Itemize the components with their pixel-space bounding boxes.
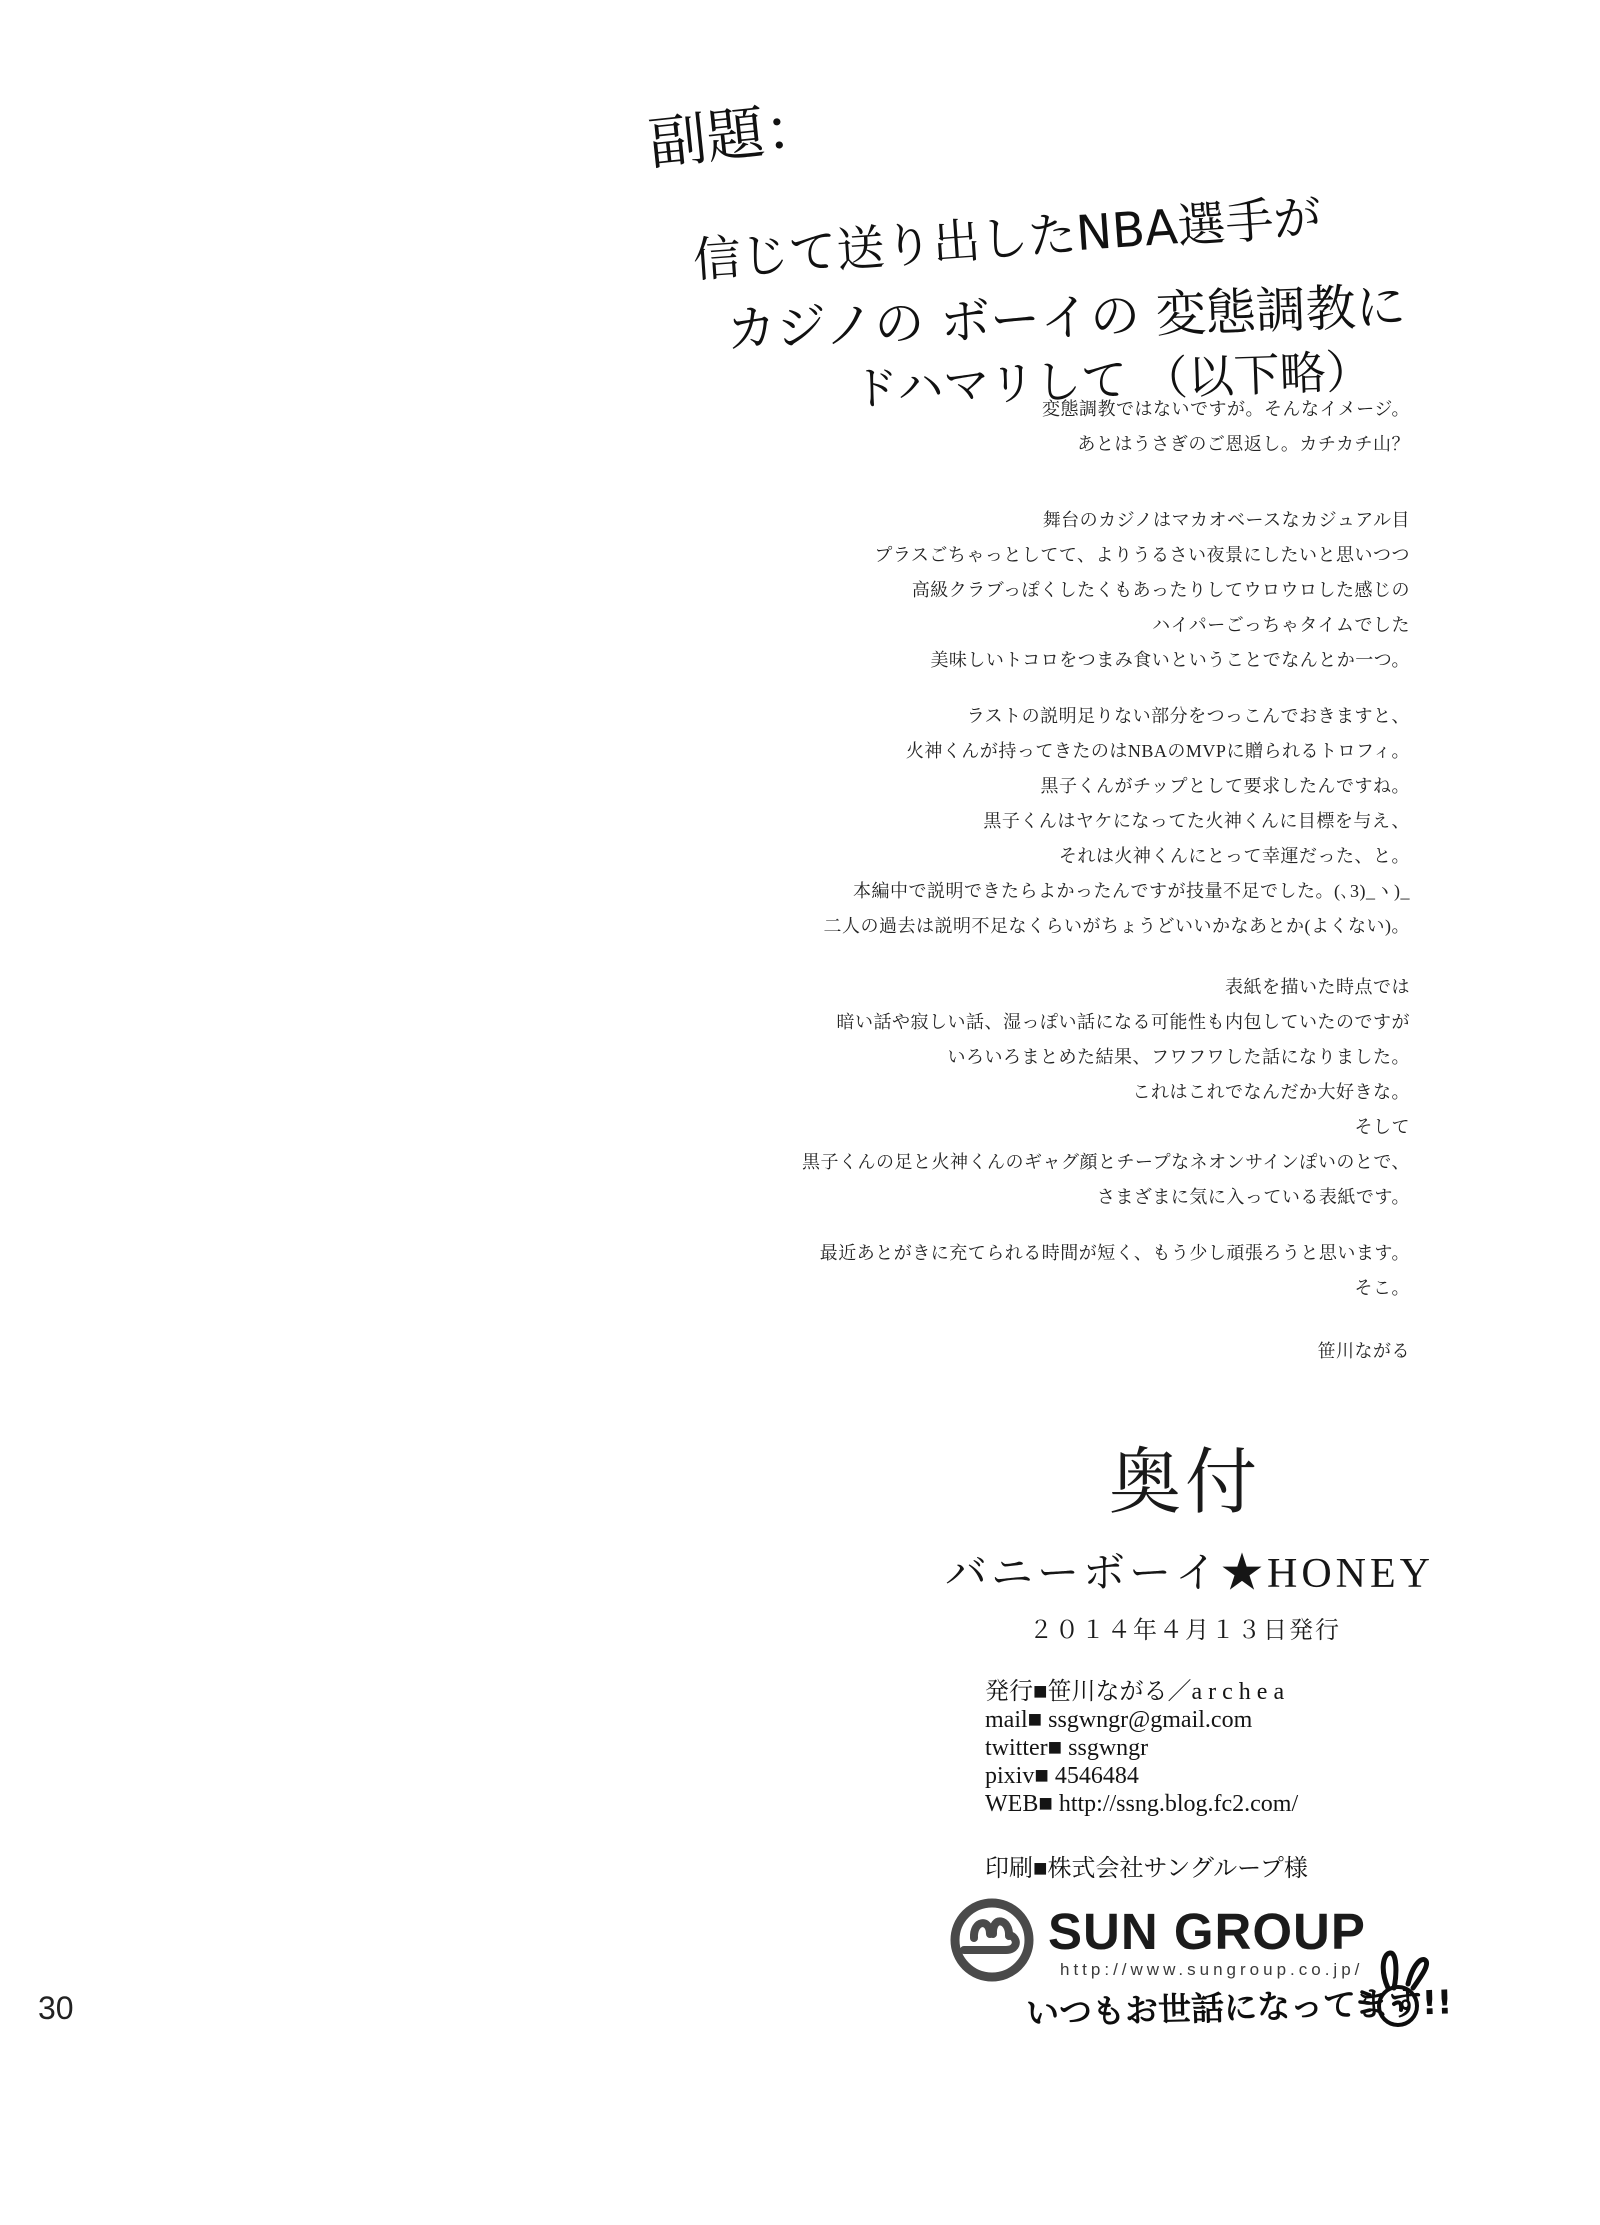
afterword-paragraph: 表紙を描いた時点では 暗い話や寂しい話、湿っぽい話になる可能性も内包していたので… [650,970,1410,1215]
afterword-paragraph: 舞台のカジノはマカオベースなカジュアル目 プラスごちゃっとしてて、よりうるさい夜… [650,503,1410,678]
printer-logo-block: SUN GROUP http://www.sungroup.co.jp/ いつも… [946,1890,1446,2040]
afterword-line: プラスごちゃっとしてて、よりうるさい夜景にしたいと思いつつ [650,538,1410,573]
sun-group-logo-icon [946,1894,1038,1986]
afterword-line: 火神くんが持ってきたのはNBAのMVPに贈られるトロフィ。 [650,734,1410,769]
credit-line-twitter: twitter■ ssgwngr [985,1734,1298,1762]
page-number: 30 [38,1990,74,2027]
credit-line-mail: mail■ ssgwngr@gmail.com [985,1706,1298,1734]
credit-line-pixiv: pixiv■ 4546484 [985,1762,1298,1790]
colophon-page: 副題： 信じて送り出したNBA選手が カジノの ボーイの 変態調教に ドハマリし… [0,0,1600,2225]
publisher-credits: 発行■笹川ながる／a r c h e a mail■ ssgwngr@gmail… [985,1678,1298,1818]
afterword-line: ラストの説明足りない部分をつっこんでおきますと、 [650,699,1410,734]
afterword-line: それは火神くんにとって幸運だった、と。 [650,839,1410,874]
afterword-line: そこ。 [650,1271,1410,1306]
afterword-paragraph: 変態調教ではないですが。そんなイメージ。 あとはうさぎのご恩返し。カチカチ山？ [650,392,1410,462]
afterword-line: いろいろまとめた結果、フワフワした話になりました。 [650,1040,1410,1075]
afterword-line: 黒子くんはヤケになってた火神くんに目標を与え、 [650,804,1410,839]
afterword-line: 美味しいトコロをつまみ食いということでなんとか一つ。 [650,643,1410,678]
afterword-line: そして [650,1110,1410,1145]
afterword-text: 変態調教ではないですが。そんなイメージ。 あとはうさぎのご恩返し。カチカチ山？ … [650,392,1410,1369]
colophon-heading: 奥付 [955,1424,1415,1528]
afterword-line: ハイパーごっちゃタイムでした [650,608,1410,643]
afterword-line: 暗い話や寂しい話、湿っぽい話になる可能性も内包していたのですが [650,1005,1410,1040]
credit-line-web: WEB■ http://ssng.blog.fc2.com/ [985,1790,1298,1818]
afterword-line: 二人の過去は説明不足なくらいがちょうどいいかなあとか(よくない)。 [650,909,1410,944]
afterword-line: 表紙を描いた時点では [650,970,1410,1005]
printer-logo-name: SUN GROUP [1048,1902,1366,1961]
printer-logo-url: http://www.sungroup.co.jp/ [1060,1960,1363,1980]
afterword-line: 黒子くんがチップとして要求したんですね。 [650,769,1410,804]
afterword-line: 舞台のカジノはマカオベースなカジュアル目 [650,503,1410,538]
afterword-paragraph: ラストの説明足りない部分をつっこんでおきますと、 火神くんが持ってきたのはNBA… [650,699,1410,944]
afterword-line: 変態調教ではないですが。そんなイメージ。 [650,392,1410,427]
printer-credit-line: 印刷■株式会社サングループ様 [985,1848,1308,1883]
afterword-line: 黒子くんの足と火神くんのギャグ顔とチープなネオンサインぽいのとで、 [650,1145,1410,1180]
afterword-line: 高級クラブっぽくしたくもあったりしてウロウロした感じの [650,573,1410,608]
publication-date: ２０１４年４月１３日発行 [955,1610,1415,1645]
afterword-line: これはこれでなんだか大好きな。 [650,1075,1410,1110]
bunny-doodle-icon [1350,1948,1442,2040]
book-title: バニーボーイ★HONEY [945,1540,1425,1600]
credit-line-publisher: 発行■笹川ながる／a r c h e a [985,1678,1298,1706]
afterword-paragraph: 最近あとがきに充てられる時間が短く、もう少し頑張ろうと思います。 そこ。 [650,1236,1410,1306]
afterword-line: 最近あとがきに充てられる時間が短く、もう少し頑張ろうと思います。 [650,1236,1410,1271]
afterword-line: あとはうさぎのご恩返し。カチカチ山？ [650,427,1410,462]
afterword-line: さまざまに気に入っている表紙です。 [650,1180,1410,1215]
handwritten-line: 副題： [644,79,826,181]
author-signature: 笹川ながる [650,1334,1410,1369]
afterword-line: 本編中で説明できたらよかったんですが技量不足でした。(､3)_ヽ)_ [650,874,1410,909]
